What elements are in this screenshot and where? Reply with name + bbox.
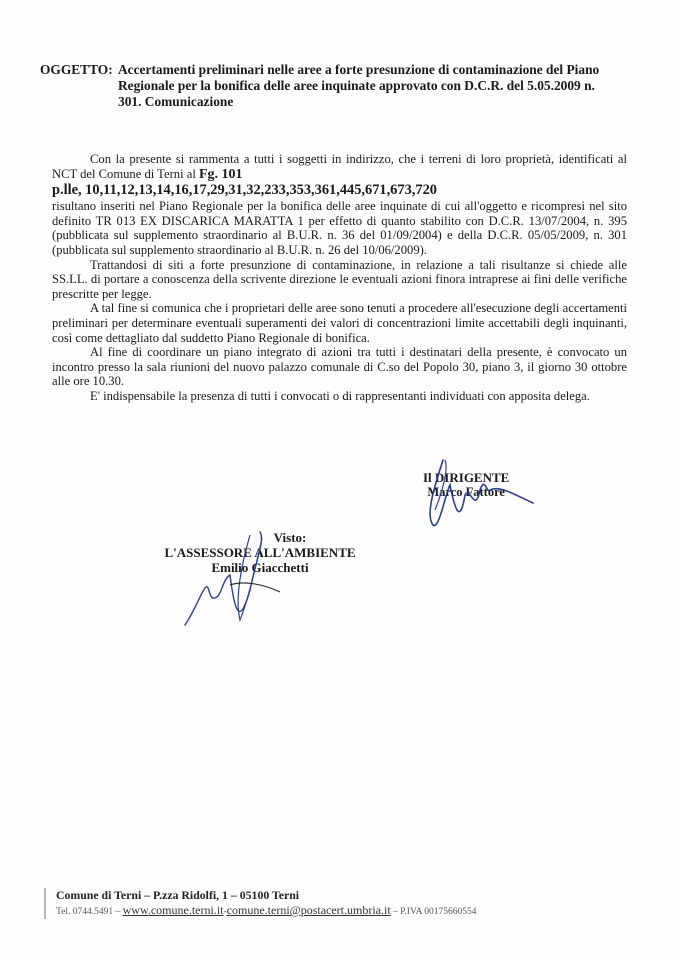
subject-label: OGGETTO: [40, 62, 113, 78]
subject-line-3: 301. Comunicazione [118, 94, 630, 110]
footer-address: Comune di Terni – P.zza Ridolfi, 1 – 051… [56, 888, 477, 903]
letter-page: OGGETTO: Accertamenti preliminari nelle … [0, 0, 677, 960]
letter-body: Con la presente si rammenta a tutti i so… [52, 152, 627, 404]
paragraph-obligations: A tal fine si comunica che i proprietari… [52, 301, 627, 345]
paragraph-request: Trattandosi di siti a forte presunzione … [52, 258, 627, 302]
subject-line-2: Regionale per la bonifica delle aree inq… [118, 78, 630, 94]
dirigente-title: Il DIRIGENTE [423, 470, 509, 485]
paragraph-attendance: E' indispensabile la presenza di tutti i… [52, 389, 627, 404]
parcel-list: p.lle, 10,11,12,13,14,16,17,29,31,32,233… [52, 182, 627, 199]
assessore-name: Emilio Giacchetti [150, 560, 370, 575]
footer-website-link[interactable]: www.comune.terni.it [123, 903, 224, 917]
paragraph-intro: Con la presente si rammenta a tutti i so… [52, 152, 627, 182]
visto-label: Visto: [150, 530, 370, 545]
subject-line-1: Accertamenti preliminari nelle aree a fo… [118, 62, 630, 78]
letterhead-footer: Comune di Terni – P.zza Ridolfi, 1 – 051… [44, 888, 477, 919]
paragraph-sites: risultano inseriti nel Piano Regionale p… [52, 199, 627, 257]
footer-vat: – P.IVA 00175660554 [393, 907, 477, 917]
subject-block: OGGETTO: Accertamenti preliminari nelle … [40, 62, 630, 110]
footer-contacts: Tel. 0744.5491 – www.comune.terni.it-com… [56, 903, 477, 919]
signature-block-dirigente: Il DIRIGENTE Marco Fattore [423, 470, 509, 500]
signature-block-assessore: Visto: L'ASSESSORE ALL'AMBIENTE Emilio G… [150, 530, 370, 575]
cadastral-sheet: Fg. 101 [199, 167, 243, 182]
intro-text: Con la presente si rammenta a tutti i so… [52, 152, 627, 181]
paragraph-meeting: Al fine di coordinare un piano integrato… [52, 345, 627, 389]
assessore-title: L'ASSESSORE ALL'AMBIENTE [150, 545, 370, 560]
footer-phone: Tel. 0744.5491 – [56, 907, 120, 917]
dirigente-name: Marco Fattore [423, 485, 509, 500]
footer-email-link[interactable]: comune.terni@postacert.umbria.it [227, 903, 391, 917]
